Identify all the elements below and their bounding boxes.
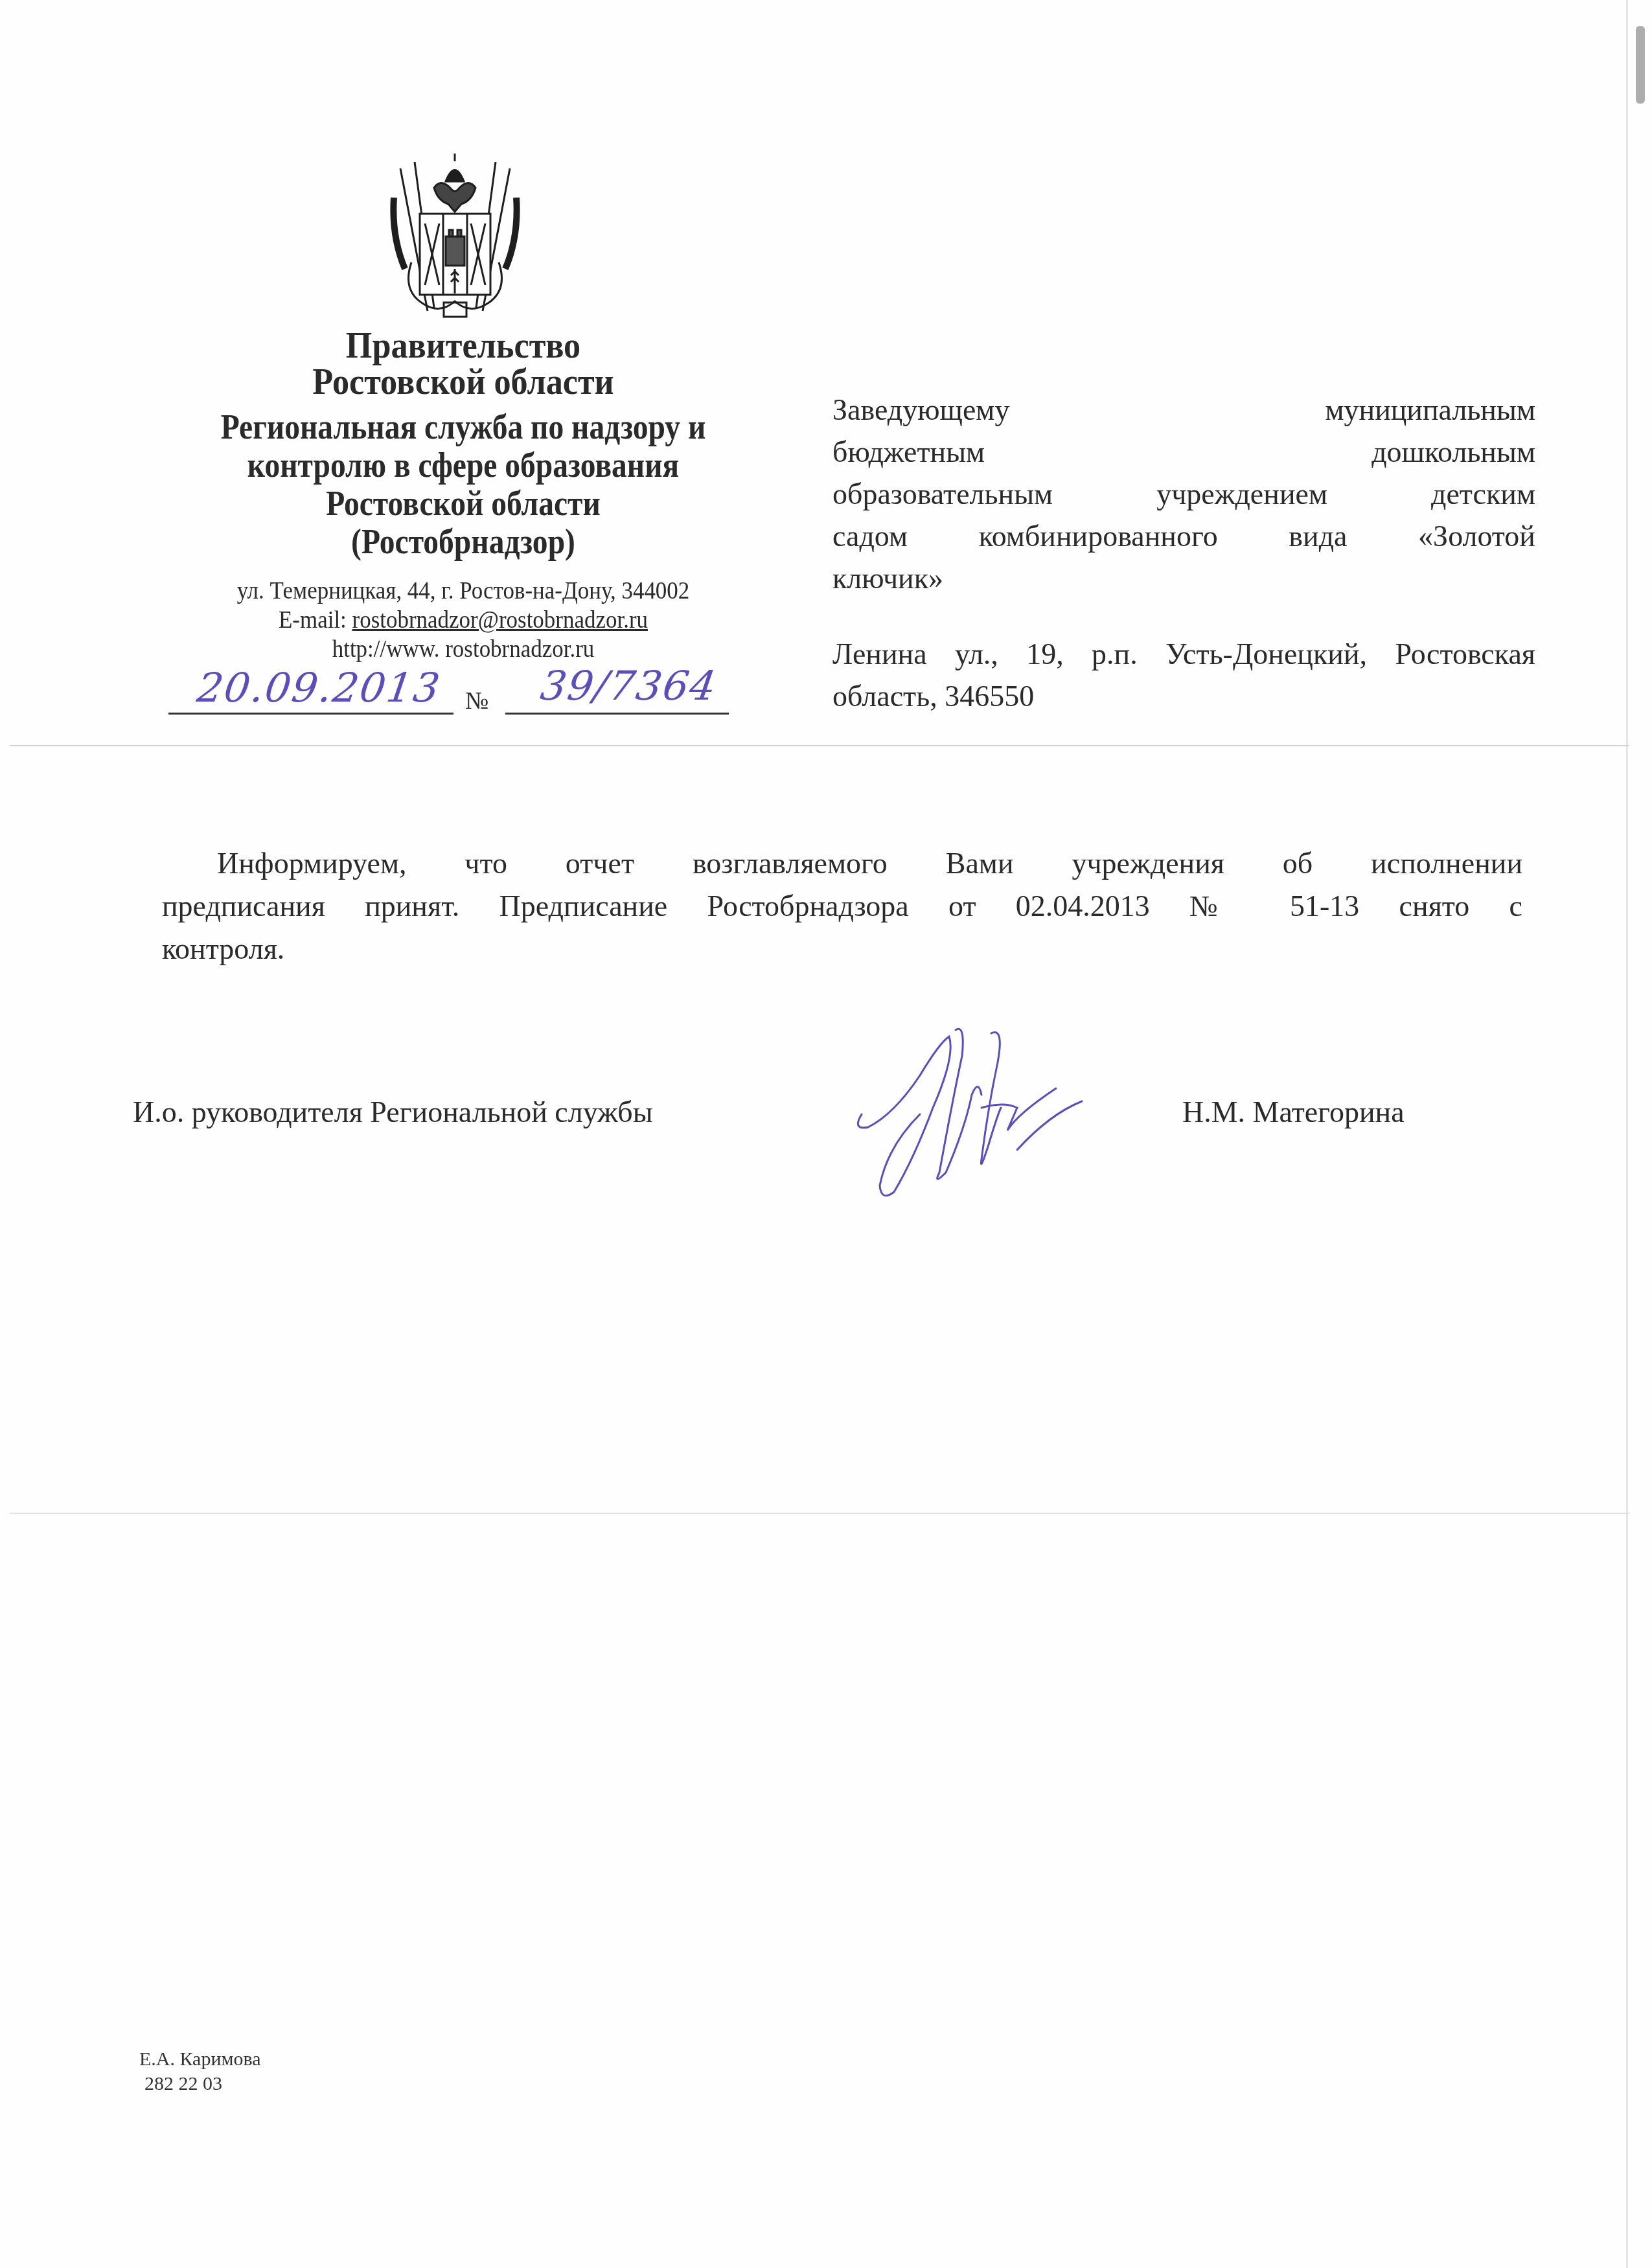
service-line: Региональная служба по надзору и: [172, 408, 754, 446]
executor-info: Е.А. Каримова 282 22 03: [139, 2047, 261, 2096]
fold-line: [10, 745, 1629, 746]
email-link[interactable]: rostobrnadzor@rostobrnadzor.ru: [352, 606, 648, 634]
letter-body: Информируем, что отчет возглавляемого Ва…: [162, 842, 1522, 970]
rostov-oblast-coat-of-arms-icon: [389, 152, 522, 321]
service-line: Ростовской области: [172, 485, 754, 523]
website-link[interactable]: http://www. rostobrnadzor.ru: [159, 635, 767, 664]
signatory-title: И.о. руководителя Региональной службы: [133, 1095, 653, 1129]
registration-number: 39/7364: [538, 662, 720, 709]
addressee-line: садом комбинированного вида «Золотой: [832, 515, 1535, 557]
addressee-address-line: область, 346550: [832, 675, 1535, 717]
service-line: (Ростобрнадзор): [172, 523, 754, 561]
executor-phone: 282 22 03: [139, 2072, 261, 2096]
body-line: контроля.: [162, 928, 1522, 970]
registration-number-label: №: [465, 687, 488, 726]
scan-artifact: [1636, 26, 1645, 104]
body-line: Информируем, что отчет возглавляемого Ва…: [162, 842, 1522, 885]
addressee-block: Заведующему муниципальным бюджетным дошк…: [832, 389, 1535, 717]
addressee-line: образовательным учреждением детским: [832, 473, 1535, 515]
letter-page: Правительство Ростовской области Региона…: [0, 0, 1652, 2268]
handwritten-signature-icon: [842, 1017, 1114, 1205]
signatory-name: Н.М. Матегорина: [1182, 1095, 1405, 1129]
addressee-line: ключик»: [832, 557, 1535, 599]
government-line: Ростовской области: [166, 363, 761, 400]
registration-date: 20.09.2013: [194, 664, 444, 711]
sender-service-name: Региональная служба по надзору и контрол…: [172, 408, 754, 561]
addressee-address: Ленина ул., 19, р.п. Усть-Донецкий, Рост…: [832, 633, 1535, 717]
government-line: Правительство: [166, 327, 761, 363]
body-line: предписания принят. Предписание Ростобрн…: [162, 885, 1522, 928]
service-line: контролю в сфере образования: [172, 446, 754, 485]
sender-address: ул. Темерницкая, 44, г. Ростов-на-Дону, …: [159, 577, 767, 606]
addressee-line: бюджетным дошкольным: [832, 431, 1535, 473]
page-edge: [1626, 0, 1628, 2268]
sender-government: Правительство Ростовской области: [166, 327, 761, 400]
fold-line: [10, 1513, 1629, 1514]
sender-email-row: E-mail: rostobrnadzor@rostobrnadzor.ru: [159, 606, 767, 635]
sender-contacts: ул. Темерницкая, 44, г. Ростов-на-Дону, …: [159, 577, 767, 664]
addressee-line: Заведующему муниципальным: [832, 389, 1535, 431]
email-label: E-mail:: [279, 606, 352, 634]
addressee-address-line: Ленина ул., 19, р.п. Усть-Донецкий, Рост…: [832, 633, 1535, 675]
executor-name: Е.А. Каримова: [139, 2048, 261, 2070]
